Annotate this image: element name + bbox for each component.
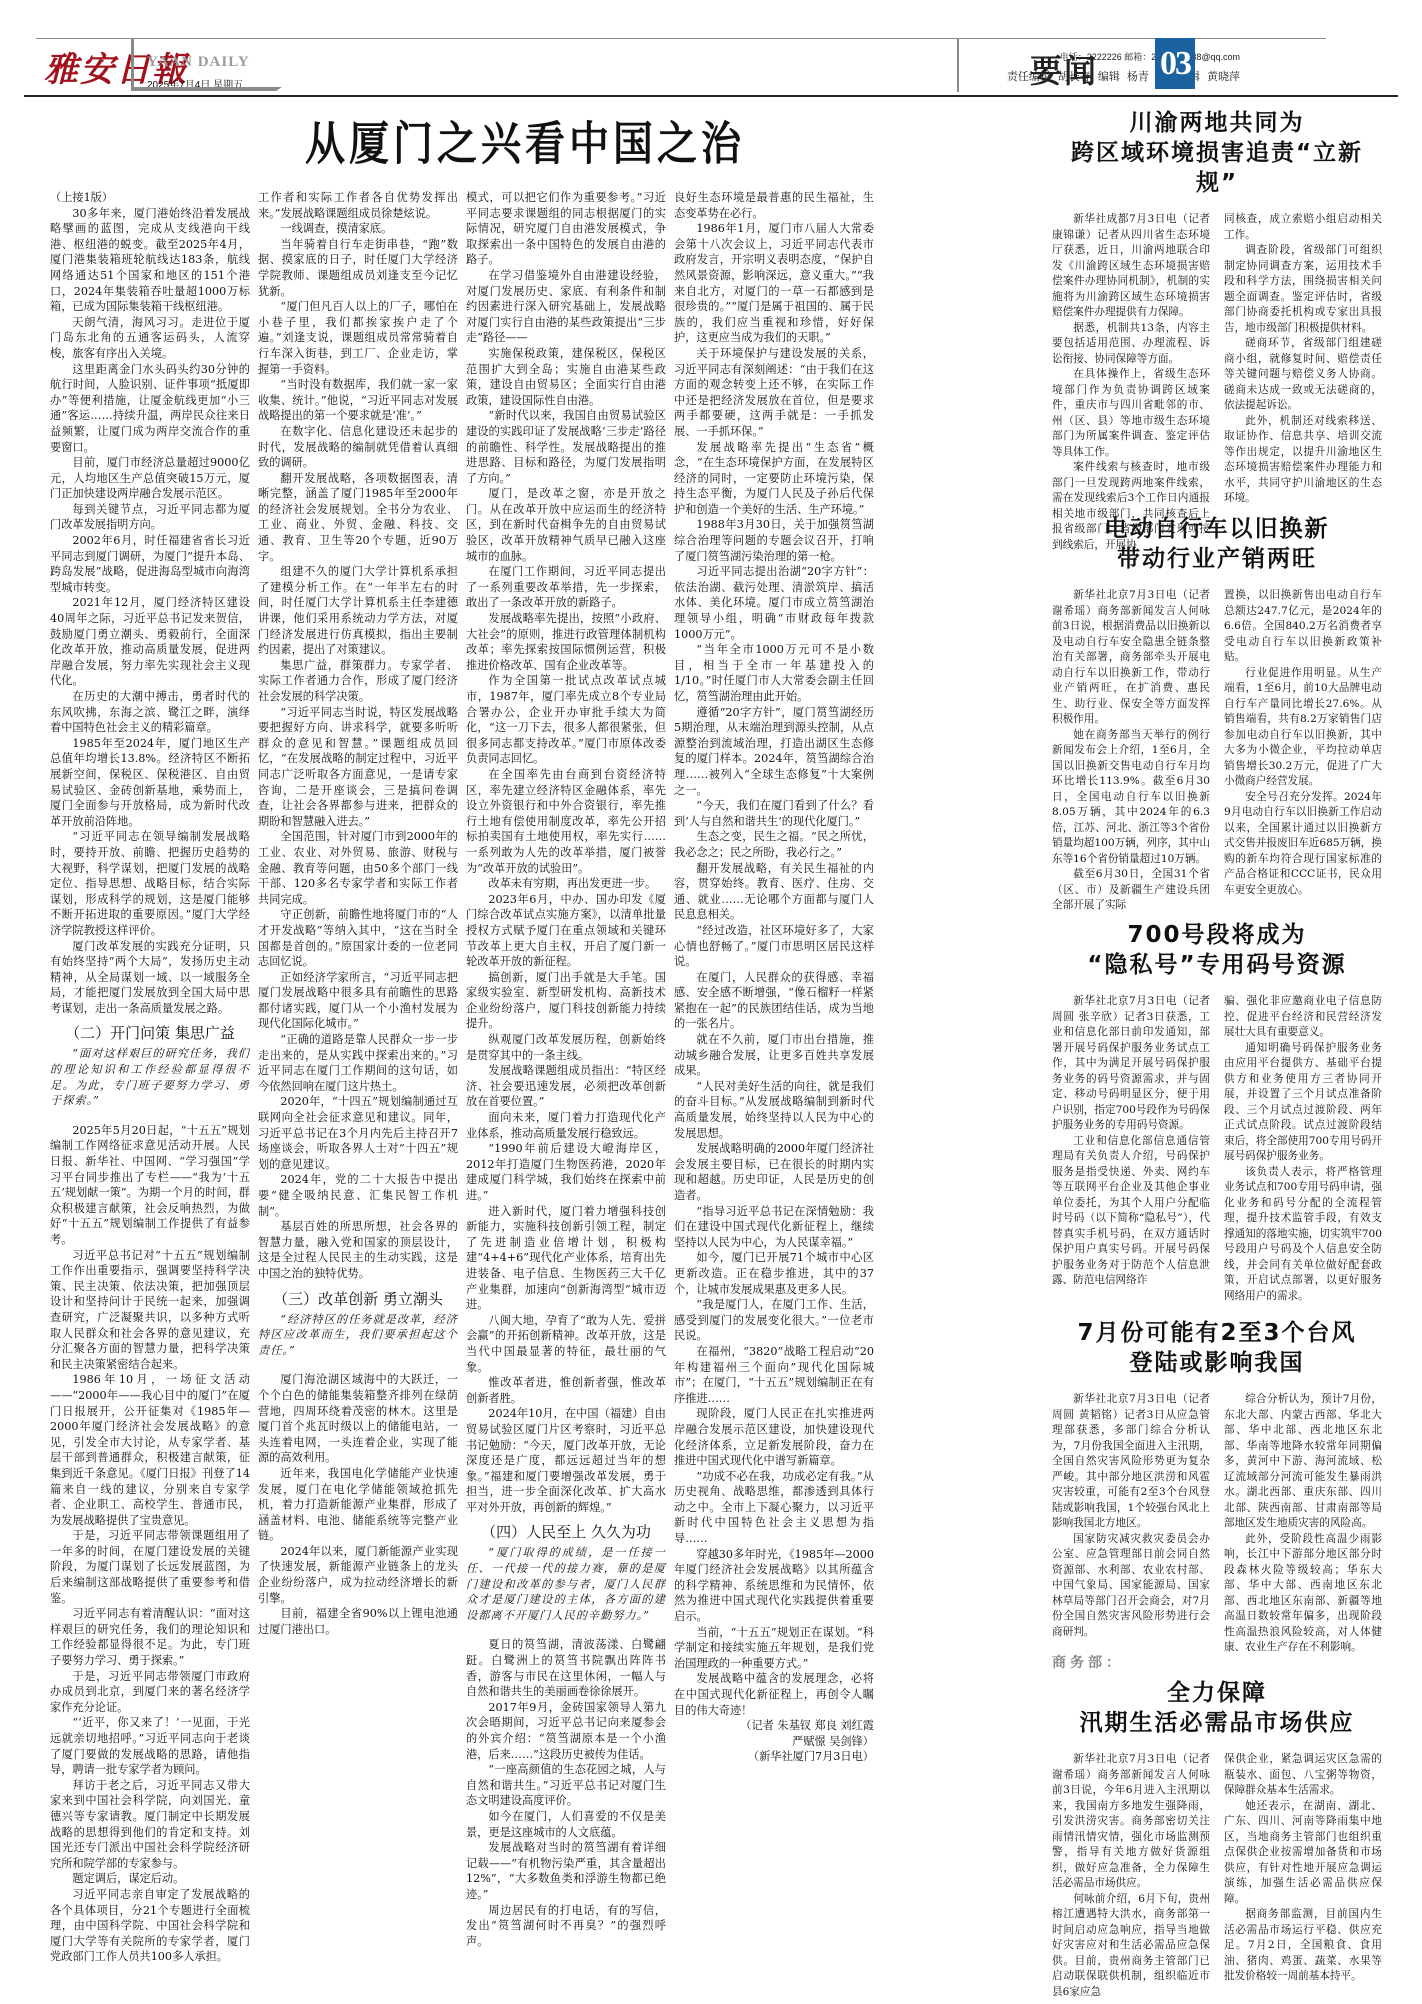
paragraph: 现阶段，厦门人民正在扎实推进两岸融合发展示范区建设，加快建设现代化经济体系，立足…: [674, 1406, 874, 1468]
paragraph: “经过改造，社区环境好多了，大家心情也舒畅了。”厦门市思明区居民这样说。: [674, 923, 874, 970]
paragraph: 守正创新，前瞻性地将厦门市的“人才开发战略”等纳入其中，“这在当时全国都是首创的…: [258, 907, 458, 969]
paragraph: 安全号召充分发挥。2024年9月电动自行车以旧换新工作启动以来，全国累计通过以旧…: [1224, 790, 1382, 899]
paragraph: 天朗气清，海风习习。走进位于厦门岛东北角的五通客运码头，人流穿梭，旅客有序出入关…: [50, 315, 250, 362]
paragraph: 在厦门工作期间，习近平同志提出了一系列重要改革举措，先一步探索，敢出了一条改革开…: [466, 564, 666, 611]
paragraph: 组建不久的厦门大学计算机系承担了建模分析工作。在“一年半左右的时间，时任厦门大学…: [258, 564, 458, 658]
story-column-left: 新华社北京7月3日电（记者谢希瑶）商务部新闻发言人何咏前3日说，根据消费品以旧换…: [1052, 588, 1210, 914]
paragraph: 在数字化、信息化建设还未起步的时代，发展战略的编制就凭借着认真细致的调研。: [258, 424, 458, 471]
paragraph: 于是，习近平同志带领厦门市政府办成员到北京，到厦门来的著名经济学家作充分论证。: [50, 1669, 250, 1716]
paragraph: “习近平同志在领导编制发展战略时，要持开放、前瞻、把握历史趋势的大视野，科学谋划…: [50, 829, 250, 938]
section-quote: “厦门取得的成绩，是一任接一任、一代接一代的接力赛，靠的是厦门建设和改革的参与者…: [466, 1545, 666, 1623]
paragraph: 正如经济学家所言，“习近平同志把厦门发展战略中很多具有前瞻性的思路都付诸实践，厦…: [258, 970, 458, 1032]
paragraph: 良好生态环境是最普惠的民生福祉，生态变革势在必行。: [674, 190, 874, 221]
paragraph: “当年全市1000万元可不是小数目，相当于全市一年基建投入的1/10。”时任厦门…: [674, 642, 874, 704]
paragraph: 新华社北京7月3日电（记者谢希瑶）商务部新闻发言人何咏前3日说，今年6月进入主汛…: [1052, 1752, 1210, 1892]
paragraph: 纵观厦门改革发展历程，创新始终是贯穿其中的一条主线。: [466, 1032, 666, 1063]
paragraph: 2020年，“十四五”规划编制通过互联网向全社会征求意见和建议。同年，习近平总书…: [258, 1094, 458, 1172]
paragraph: 1985年至2024年，厦门地区生产总值年均增长13.8%。经济特区不断拓展新空…: [50, 736, 250, 830]
masthead-top-rule: [36, 38, 1326, 39]
paragraph: 2023年6月，中办、国办印发《厦门综合改革试点实施方案》，以清单批量授权方式赋…: [466, 892, 666, 970]
story-title: 全力保障 汛期生活必需品市场供应: [1052, 1678, 1382, 1738]
article-column-1: （上接1版） 30多年来，厦门港始终沿着发展战略擘画的蓝图，完成从支线港向干线港…: [50, 190, 250, 1965]
paragraph: 发展战略课题组成员指出：“特区经济、社会要迅速发展，必须把改革创新放在首要位置。…: [466, 1063, 666, 1110]
paragraph: “我是厦门人，在厦门工作、生活，感受到厦门的发展变化很大。”一位老市民说。: [674, 1297, 874, 1344]
paragraph: 厦门海沧湖区域海中的大跃迁，一个个白色的储能集装箱整齐排列在绿荫营地，四周环绕着…: [258, 1372, 458, 1466]
story-title-line: 7月份可能有2至3个台风: [1052, 1318, 1382, 1348]
paragraph: 夏日的筼筜湖，清波荡漾、白鹭翩跹。白鹭洲上的筼筜书院飘出阵阵书香，游客与市民在这…: [466, 1637, 666, 1699]
paragraph: 新华社北京7月3日电（记者周圆 张辛欣）记者3日获悉，工业和信息化部日前印发通知…: [1052, 994, 1210, 1134]
story-kicker: 商务部：: [1052, 1652, 1382, 1672]
story-title-line: 登陆或影响我国: [1052, 1348, 1382, 1378]
paragraph: “正确的道路是靠人民群众一步一步走出来的，是从实践中探索出来的。”习近平同志在厦…: [258, 1032, 458, 1094]
paragraph: 改革未有穷期，再出发更进一步。: [466, 876, 666, 892]
story-title: 7月份可能有2至3个台风 登陆或影响我国: [1052, 1318, 1382, 1378]
story-body: 新华社北京7月3日电（记者谢希瑶）商务部新闻发言人何咏前3日说，今年6月进入主汛…: [1052, 1752, 1382, 2000]
paragraph: 这里距离金门水头码头约30分钟的航行时间，人脸识别、证件事项“抵厦即办”等便利措…: [50, 362, 250, 456]
paragraph: “指导习近平总书记在深情勉励：我们在建设中国式现代化新征程上，继续坚持以人民为中…: [674, 1204, 874, 1251]
newspaper-english-name: YAAN DAILY: [147, 54, 250, 71]
paragraph: 何咏前介绍，6月下旬，贵州榕江遭遇特大洪水，商务部第一时间启动应急响应，指导当地…: [1052, 1892, 1210, 2001]
paragraph: 2024年10月，在中国（福建）自由贸易试验区厦门片区考察时，习近平总书记勉励：…: [466, 1406, 666, 1515]
paragraph: 每到关键节点，习近平同志都为厦门改革发展指明方向。: [50, 502, 250, 533]
paragraph: 作为全国第一批试点改革试点城市，1987年，厦门率先成立8个专业局合署办公，企业…: [466, 673, 666, 767]
story-title-line: 汛期生活必需品市场供应: [1052, 1708, 1382, 1738]
story-body: 新华社北京7月3日电（记者谢希瑶）商务部新闻发言人何咏前3日说，根据消费品以旧换…: [1052, 588, 1382, 914]
paragraph: 通知明确号码保护服务业务由应用平台提供方、基础平台提供方和业务使用方三者协同开展…: [1224, 1041, 1382, 1165]
paragraph: 习近平同志亲自审定了发展战略的各个具体项目，分21个专题进行全面梳理，由中国科学…: [50, 1887, 250, 1965]
story-column-right: 置换，以旧换新售出电动自行车总额达247.7亿元，是2024年的6.6倍。全国8…: [1224, 588, 1382, 914]
story-title: 电动自行车以旧换新 带动行业产销两旺: [1052, 514, 1382, 574]
paragraph: 2024年以来，厦门新能源产业实现了快速发展，新能源产业链条上的龙头企业纷纷落户…: [258, 1544, 458, 1606]
paragraph: 30多年来，厦门港始终沿着发展战略擘画的蓝图，完成从支线港向干线港、枢纽港的蜕变…: [50, 206, 250, 315]
paragraph: 同核查，成立索赔小组启动相关工作。: [1224, 212, 1382, 243]
paragraph: 如今在厦门，人们喜爱的不仅是美景，更是这座城市的人文底蕴。: [466, 1809, 666, 1840]
masthead-divider-right: [957, 38, 959, 92]
news-story-ebike: 电动自行车以旧换新 带动行业产销两旺 新华社北京7月3日电（记者谢希瑶）商务部新…: [1052, 514, 1382, 914]
story-column-right: 同核查，成立索赔小组启动相关工作。 调查阶段，省级部门可组织制定协同调查方案，运…: [1224, 212, 1382, 553]
paragraph: 当年骑着自行车走街串巷，“跑”数据、摸家底的日子，时任厦门大学经济学院教师、课题…: [258, 237, 458, 299]
story-column-right: 骗、强化非应邀商业电子信息防控、促进平台经济和民营经济发展壮大具有重要意义。 通…: [1224, 994, 1382, 1304]
paragraph: 在历史的大潮中搏击，勇者时代的东风吹拂，东海之滨、鹭江之畔，演绎着中国特色社会主…: [50, 689, 250, 736]
paragraph: 2002年6月，时任福建省省长习近平同志到厦门调研，为厦门“提升本岛、跨岛发展”…: [50, 533, 250, 595]
paragraph: “习近平同志当时说，特区发展战略要把握好方向、讲求科学，就要多听听群众的意见和智…: [258, 705, 458, 830]
story-title-line: 700号段将成为: [1052, 920, 1382, 950]
paragraph: 发展战略率先提出，按照“小政府、大社会”的原则，推进行政管理体制机构改革；率先探…: [466, 611, 666, 673]
section-subheading: （二）开门问策 集思广益: [50, 1022, 250, 1044]
paragraph: 周边居民有的打电话，有的写信，发出“筼筜湖何时不再臭？”的强烈呼声。: [466, 1903, 666, 1950]
paragraph: “‘近平，你又来了！’一见面，于光远就亲切地招呼。”习近平同志向于老谈了厦门要做…: [50, 1715, 250, 1777]
paragraph: “1990年前后建设大嶝海岸区，2012年打造厦门生物医药港，2020年建成厦门…: [466, 1141, 666, 1203]
byline: （记者 朱基钗 郑良 刘红霞: [674, 1718, 874, 1734]
paragraph: 一线调查，摸清家底。: [258, 221, 458, 237]
paragraph: 厦门，是改革之窗，亦是开放之门。从在改革开放中应运而生的经济特区，到在新时代奋楫…: [466, 486, 666, 564]
story-title-line: “隐私号”专用码号资源: [1052, 950, 1382, 980]
paragraph: 集思广益，群策群力。专家学者、实际工作者通力合作，形成了厦门经济社会发展的科学决…: [258, 658, 458, 705]
paragraph: 置换，以旧换新售出电动自行车总额达247.7亿元，是2024年的6.6倍。全国8…: [1224, 588, 1382, 666]
section-subheading: （四）人民至上 久久为功: [466, 1521, 666, 1543]
story-body: 新华社北京7月3日电（记者周圆 张辛欣）记者3日获悉，工业和信息化部日前印发通知…: [1052, 994, 1382, 1304]
paragraph: 磋商环节，省级部门组建磋商小组，就修复时间、赔偿责任等关键问题与赔偿义务人协商。…: [1224, 336, 1382, 414]
paragraph: 新华社北京7月3日电（记者谢希瑶）商务部新闻发言人何咏前3日说，根据消费品以旧换…: [1052, 588, 1210, 728]
paragraph: 综合分析认为，预计7月份，东北大部、内蒙古西部、华北大部、华中北部、西北地区东北…: [1224, 1392, 1382, 1532]
paragraph: 此外，受阶段性高温少雨影响，长江中下游部分地区部分时段森林火险等级较高；华东大部…: [1224, 1532, 1382, 1656]
paragraph: 发展战略对当时的筼筜湖有着详细记载——“有机物污染严重，其含量超出12%”，“大…: [466, 1840, 666, 1902]
section-quote: “经济特区的任务就是改革，经济特区应改革而生，我们要承担起这个责任。”: [258, 1312, 458, 1359]
story-title-line: 跨区域环境损害追责“立新规”: [1052, 138, 1382, 198]
story-column-right: 综合分析认为，预计7月份，东北大部、内蒙古西部、华北大部、华中北部、西北地区东北…: [1224, 1392, 1382, 1656]
paragraph: 在学习借鉴境外自由港建设经验，对厦门发展历史、家底、有利条件和制约因素进行深入研…: [466, 268, 666, 346]
story-title: 700号段将成为 “隐私号”专用码号资源: [1052, 920, 1382, 980]
paragraph: 该负责人表示，将严格管理业务试点和700专用号码申请，强化业务和码号分配的全流程…: [1224, 1165, 1382, 1305]
news-story-700-number: 700号段将成为 “隐私号”专用码号资源 新华社北京7月3日电（记者周圆 张辛欣…: [1052, 920, 1382, 1304]
masthead: 雅安日報 YAAN DAILY 2025年7月4日 星期五 电话：2222226…: [0, 0, 1422, 92]
paragraph: 全国范围，针对厦门市到2000年的工业、农业、对外贸易、旅游、财税与金融、教育等…: [258, 829, 458, 907]
paragraph: 国家防灾减灾救灾委员会办公室、应急管理部日前会同自然资源部、水利部、农业农村部、…: [1052, 1532, 1210, 1641]
paragraph: 她在商务部当天举行的例行新闻发布会上介绍，1至6月，全国以旧换新交售电动自行车月…: [1052, 728, 1210, 868]
section-quote: “面对这样艰巨的研究任务，我们的理论知识和工作经验都显得很不足。为此，专门班子要…: [50, 1046, 250, 1108]
news-story-commerce: 商务部： 全力保障 汛期生活必需品市场供应 新华社北京7月3日电（记者谢希瑶）商…: [1052, 1652, 1382, 2000]
paragraph: 此外，机制还对线索移送、取证协作、信息共享、培训交流等作出规定，以提升川渝地区生…: [1224, 414, 1382, 507]
paragraph: 保供企业，紧急调运灾区急需的瓶装水、面包、八宝粥等物资，保障群众基本生活需求。: [1224, 1752, 1382, 1799]
paragraph: 骗、强化非应邀商业电子信息防控、促进平台经济和民营经济发展壮大具有重要意义。: [1224, 994, 1382, 1041]
story-title-line: 川渝两地共同为: [1052, 108, 1382, 138]
section-name: 要闻: [1030, 46, 1098, 92]
paragraph: “当时没有数据库，我们就一家一家收集、统计。”他说，“习近平同志对发展战略提出的…: [258, 377, 458, 424]
story-title-line: 电动自行车以旧换新: [1052, 514, 1382, 544]
dateline: （新华社厦门7月3日电）: [674, 1749, 874, 1765]
paragraph: 调查阶段，省级部门可组织制定协同调查方案，运用技术手段和科学方法，围绕损害相关问…: [1224, 243, 1382, 336]
paragraph: 八闽大地，孕育了“敢为人先、爱拼会赢”的开拓创新精神。改革开放，这是当代中国最显…: [466, 1313, 666, 1375]
paragraph: 在全国率先由台商到台资经济特区，率先建立经济特区金融体系，率先设立外资银行和中外…: [466, 767, 666, 876]
paragraph: 厦门改革发展的实践充分证明，只有始终坚持“两个大局”，发扬历史主动精神，从全局谋…: [50, 939, 250, 1017]
paragraph: 实施保税政策，建保税区，保税区范围扩大到全岛；实施自由港某些政策，建设自由贸易区…: [466, 346, 666, 408]
paragraph: 当前，“十五五”规划正在谋划。“科学制定和接续实施五年规划，是我们党治国理政的一…: [674, 1625, 874, 1672]
paragraph: 搞创新，厦门出手就是大手笔。国家级实验室、新型研发机构、高新技术企业纷纷落户，厦…: [466, 970, 666, 1032]
masthead-date-bar: [131, 87, 276, 91]
paragraph: 遵循“20字方针”，厦门筼筜湖经历5期治理，从末端治理到源头控制，从点源整治到流…: [674, 705, 874, 799]
story-column-left: 新华社北京7月3日电（记者谢希瑶）商务部新闻发言人何咏前3日说，今年6月进入主汛…: [1052, 1752, 1210, 2000]
masthead-divider: [131, 38, 134, 90]
paragraph: 发展战略中蕴含的发展理念，必将在中国式现代化新征程上，再创令人瞩目的伟大奇迹！: [674, 1671, 874, 1718]
paragraph: 面向未来，厦门着力打造现代化产业体系，推动高质量发展行稳致远。: [466, 1110, 666, 1141]
paragraph: 翻开发展战略，各项数据图表，清晰完整，涵盖了厦门1985年至2000年的经济社会…: [258, 471, 458, 565]
paragraph: 如今，厦门已开展71个城市中心区更新改造。正在稳步推进，其中的37个，让城市发展…: [674, 1250, 874, 1297]
paragraph: 题定调后，谋定后动。: [50, 1871, 250, 1887]
paragraph: 新华社成都7月3日电（记者康锦谦）记者从四川省生态环境厅获悉，近日，川渝两地联合…: [1052, 212, 1210, 321]
paragraph: 近年来，我国电化学储能产业快速发展，厦门在电化学储能领域抢抓先机，着力打造新能源…: [258, 1466, 458, 1544]
paragraph: 2021年12月，厦门经济特区建设40周年之际，习近平总书记发来贺信，鼓励厦门勇…: [50, 595, 250, 689]
paragraph: 在具体操作上，省级生态环境部门作为负责协调跨区域案件，重庆市与四川省毗邻的市、州…: [1052, 367, 1210, 460]
paragraph: 在福州，“3820”战略工程启动“20年构建福州三个面向”现代化国际城市”；在厦…: [674, 1344, 874, 1406]
paragraph: “功成不必在我，功成必定有我。”从历史视角、战略思维，都渗透到具体行动之中。全市…: [674, 1469, 874, 1547]
paragraph: 基层百姓的所思所想，社会各界的智慧力量，融入党和国家的顶层设计，这是全过程人民民…: [258, 1219, 458, 1281]
masthead-bottom-rule: [24, 95, 1398, 97]
paragraph: 进入新时代，厦门着力增强科技创新能力，实施科技创新引领工程，制定了先进制造业倍增…: [466, 1204, 666, 1313]
story-title-line: 带动行业产销两旺: [1052, 544, 1382, 574]
story-column-left: 新华社北京7月3日电（记者周圆 黄韬铭）记者3日从应急管理部获悉，多部门综合分析…: [1052, 1392, 1210, 1656]
paragraph: 于是，习近平同志带领课题组用了一年多的时间，在厦门建设发展的关键阶段，为厦门谋划…: [50, 1528, 250, 1606]
paragraph: 她还表示，在湖南、湖北、广东、四川、河南等降雨集中地区，当地商务主管部门也组织重…: [1224, 1799, 1382, 1908]
page-number-badge: 03: [1155, 38, 1195, 89]
paragraph: 模式，可以把它们作为重要参考。”习近平同志要求课题组的同志根据厦门的实际情况，研…: [466, 190, 666, 268]
paragraph: 翻开发展战略，有关民生福祉的内容，贯穿始终。教育、医疗、住房、交通、就业……无论…: [674, 861, 874, 923]
paragraph: 关于环境保护与建设发展的关系，习近平同志有深刻阐述：“由于我们在这方面的观念转变…: [674, 346, 874, 440]
paragraph: 习近平同志有着清醒认识：“面对这样艰巨的研究任务，我们的理论知识和工作经验都显得…: [50, 1606, 250, 1668]
paragraph: 发展战略率先提出“生态省”概念，“在生态环境保护方面，在发展特区经济的同时，一定…: [674, 440, 874, 518]
paragraph: 拜访于老之后，习近平同志又带大家来到中国社会科学院，向刘国光、童德兴等专家请教。…: [50, 1778, 250, 1872]
paragraph: “厦门但凡百人以上的厂子，哪怕在小巷子里，我们都挨家挨户走了个遍。”刘逢支说，课…: [258, 299, 458, 377]
paragraph: 1986年10月，一场征文活动——“2000年——我心目中的厦门”在厦门日报展开…: [50, 1372, 250, 1528]
paragraph: 在厦门，人民群众的获得感、幸福感、安全感不断增强，“像石榴籽一样紧紧抱在一起”的…: [674, 970, 874, 1032]
story-title-line: 全力保障: [1052, 1678, 1382, 1708]
paragraph: 行业促进作用明显。从生产端看，1至6月，前10大品牌电动自行车产量同比增长27.…: [1224, 666, 1382, 790]
story-body: 新华社北京7月3日电（记者周圆 黄韬铭）记者3日从应急管理部获悉，多部门综合分析…: [1052, 1392, 1382, 1656]
paragraph: 习近平总书记对“十五五”规划编制工作作出重要指示，强调要坚持科学决策、民主决策、…: [50, 1248, 250, 1373]
main-article-title: 从厦门之兴看中国之治: [20, 108, 1030, 174]
news-story-typhoon: 7月份可能有2至3个台风 登陆或影响我国 新华社北京7月3日电（记者周圆 黄韬铭…: [1052, 1318, 1382, 1656]
news-story-chuanyu: 川渝两地共同为 跨区域环境损害追责“立新规” 新华社成都7月3日电（记者康锦谦）…: [1052, 108, 1382, 553]
byline: 严赋憬 吴剑锋）: [674, 1734, 874, 1750]
paragraph: 工业和信息化部信息通信管理局有关负责人介绍，号码保护服务是指受快递、外卖、网约车…: [1052, 1134, 1210, 1289]
paragraph: 穿越30多年时光，《1985年—2000年厦门经济社会发展战略》以其所蕴含的科学…: [674, 1547, 874, 1625]
paragraph: “一座高颜值的生态花园之城，人与自然和谐共生。”习近平总书记对厦门生态文明建设高…: [466, 1762, 666, 1809]
paragraph: 2024年，党的二十大报告中提出要“健全吸纳民意、汇集民智工作机制”。: [258, 1172, 458, 1219]
paragraph: 工作者和实际工作者各自优势发挥出来。”发展战略课题组成员徐楚炫说。: [258, 190, 458, 221]
paragraph: “新时代以来，我国自由贸易试验区建设的实践印证了发展战略‘三步走’路径的前瞻性、…: [466, 408, 666, 486]
paragraph: “人民对美好生活的向往，就是我们的奋斗目标。”从发展战略编制到新时代高质量发展，…: [674, 1079, 874, 1141]
story-title: 川渝两地共同为 跨区域环境损害追责“立新规”: [1052, 108, 1382, 198]
story-column-right: 保供企业，紧急调运灾区急需的瓶装水、面包、八宝粥等物资，保障群众基本生活需求。 …: [1224, 1752, 1382, 2000]
paragraph: 习近平同志提出治湖“20字方针”：依法治湖、截污处理、清淤筑岸、搞活水体、美化环…: [674, 564, 874, 642]
paragraph: 发展战略明确的2000年厦门经济社会发展主要目标，已在很长的时期内实现和超越。历…: [674, 1141, 874, 1203]
paragraph: 2025年5月20日起，“十五五”规划编制工作网络征求意见活动开展。人民日报、新…: [50, 1123, 250, 1248]
story-column-left: 新华社北京7月3日电（记者周圆 张辛欣）记者3日获悉，工业和信息化部日前印发通知…: [1052, 994, 1210, 1304]
main-article-body: （上接1版） 30多年来，厦门港始终沿着发展战略擘画的蓝图，完成从支线港向干线港…: [50, 190, 1030, 1990]
paragraph: 目前，厦门市经济总量超过9000亿元，人均地区生产总值突破15万元，厦门正加快建…: [50, 455, 250, 502]
section-subheading: （三）改革创新 勇立潮头: [258, 1288, 458, 1310]
paragraph: 惟改革者进，惟创新者强，惟改革创新者胜。: [466, 1375, 666, 1406]
paragraph: 截至6月30日，全国31个省（区、市）及新疆生产建设兵团全部开展了实际: [1052, 867, 1210, 914]
article-column-4: 良好生态环境是最普惠的民生福祉，生态变革势在必行。 1986年1月，厦门市八届人…: [674, 190, 874, 1765]
paragraph: 新华社北京7月3日电（记者周圆 黄韬铭）记者3日从应急管理部获悉，多部门综合分析…: [1052, 1392, 1210, 1532]
story-body: 新华社成都7月3日电（记者康锦谦）记者从四川省生态环境厅获悉，近日，川渝两地联合…: [1052, 212, 1382, 553]
paragraph: 1986年1月，厦门市八届人大常委会第十八次会议上，习近平同志代表市政府发言，开…: [674, 221, 874, 346]
paragraph: 1988年3月30日，关于加强筼筜湖综合治理等问题的专题会议召开，打响了厦门筼筜…: [674, 517, 874, 564]
story-column-left: 新华社成都7月3日电（记者康锦谦）记者从四川省生态环境厅获悉，近日，川渝两地联合…: [1052, 212, 1210, 553]
paragraph: 2017年9月，金砖国家领导人第九次会晤期间，习近平总书记向来厦参会的外宾介绍：…: [466, 1700, 666, 1762]
paragraph: 据悉，机制共13条，内容主要包括适用范围、办理流程、诉讼衔接、协同保障等方面。: [1052, 321, 1210, 368]
continued-from-note: （上接1版）: [50, 190, 250, 206]
article-column-2: 工作者和实际工作者各自优势发挥出来。”发展战略课题组成员徐楚炫说。 一线调查，摸…: [258, 190, 458, 1637]
paragraph: 据商务部监测，目前国内生活必需品市场运行平稳、供应充足。7月2日，全国粮食、食用…: [1224, 1907, 1382, 1985]
paragraph: “今天，我们在厦门看到了什么？看到‘人与自然和谐共生’的现代化厦门。”: [674, 798, 874, 829]
paragraph: 就在不久前，厦门市出台措施，推动城乡融合发展，让更多百姓共享发展成果。: [674, 1032, 874, 1079]
paragraph: 目前，福建全省90%以上锂电池通过厦门港出口。: [258, 1606, 458, 1637]
article-column-3: 模式，可以把它们作为重要参考。”习近平同志要求课题组的同志根据厦门的实际情况，研…: [466, 190, 666, 1949]
paragraph: 生态之变，民生之福。“民之所忧，我必念之；民之所盼，我必行之。”: [674, 829, 874, 860]
